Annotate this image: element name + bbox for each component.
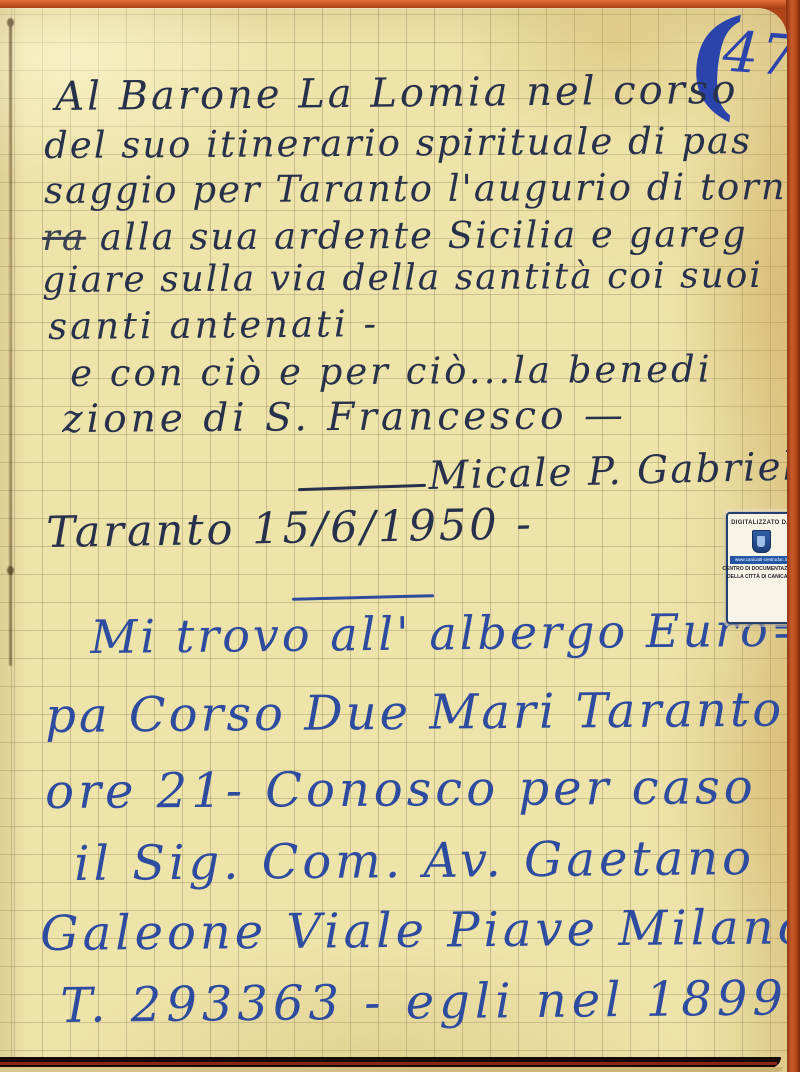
strikethrough-word: ra — [42, 216, 86, 259]
stamp-org-line1: CENTRO DI DOCUMENTAZIONE — [722, 566, 787, 574]
binding-stitch-knot — [7, 566, 14, 575]
handwritten-line: il Sig. Com. Av. Gaetano — [74, 830, 755, 892]
bottom-page-red-line — [0, 1062, 777, 1065]
handwritten-line: saggio per Taranto l'augurio di torna — [44, 165, 787, 212]
handwritten-line: e con ciò e per ciò...la benedi — [70, 348, 713, 395]
handwritten-line: santi antenati - — [48, 302, 379, 348]
handwritten-line-text: alla sua ardente Sicilia e gareg — [100, 212, 748, 258]
stamp-org-line2: DELLA CITTÀ DI CANICATTÌ — [727, 574, 787, 582]
handwritten-line: raalla sua ardente Sicilia e gareg — [42, 212, 748, 259]
bottom-page-tan-edge — [0, 1067, 783, 1072]
handwritten-line: T. 293363 - egli nel 1899 — [60, 970, 787, 1034]
handwritten-line: Al Barone La Lomia nel corso — [55, 67, 739, 120]
handwritten-line: Mi trovo all' albergo Euro= — [90, 602, 787, 664]
handwritten-line: pa Corso Due Mari Taranto: — [45, 681, 787, 744]
handwritten-line: del suo itinerario spirituale di pas — [44, 119, 752, 167]
stamp-crest-inner — [757, 536, 765, 547]
stamp-crest-icon — [752, 530, 771, 553]
notebook-scan: ( 47 Al Barone La Lomia nel corso del su… — [0, 0, 800, 1072]
handwritten-line: giare sulla via della santità coi suoi — [42, 255, 763, 301]
handwritten-line: ore 21- Conosco per caso — [45, 759, 757, 820]
signature: Micale P. Gabriel — [428, 444, 787, 499]
stamp-url: www.canicatti-centrodoc.it — [730, 556, 787, 564]
handwritten-line: zione di S. Francesco — — [62, 393, 627, 442]
notebook-cover-right-edge — [786, 0, 800, 1072]
notebook-page: ( 47 Al Barone La Lomia nel corso del su… — [0, 8, 787, 1072]
dateline: Taranto 15/6/1950 - — [46, 499, 534, 557]
binding-stitch-knot — [7, 18, 14, 27]
handwritten-line: Galeone Viale Piave Milano — [40, 899, 787, 962]
digitization-stamp: DIGITALIZZATO DA www.canicatti-centrodoc… — [726, 512, 787, 624]
stamp-header: DIGITALIZZATO DA — [731, 520, 787, 526]
